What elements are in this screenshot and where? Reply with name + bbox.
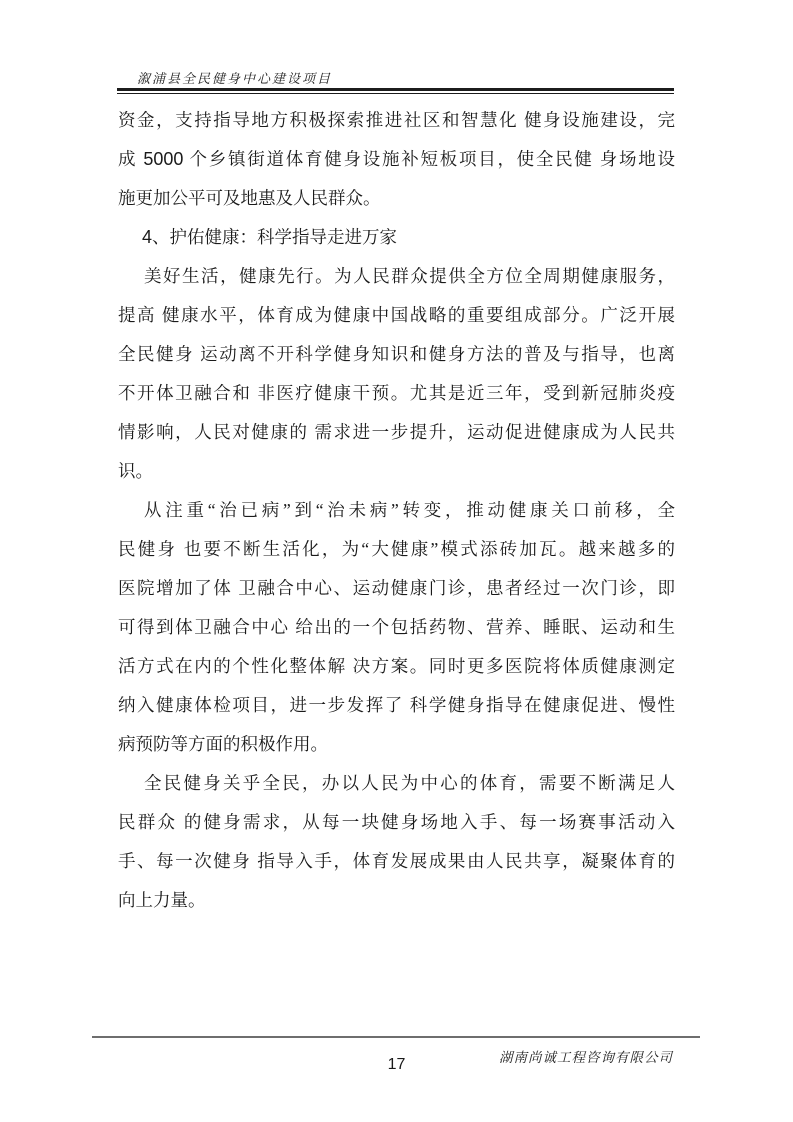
paragraph3-line5: 活方式在内的个性化整体解 决方案。同时更多医院将体质健康测定 — [118, 647, 675, 686]
paragraph4-line4: 向上力量。 — [118, 881, 675, 920]
document-body: 资金，支持指导地方积极探索推进社区和智慧化 健身设施建设，完 成 5000 个乡… — [118, 101, 675, 920]
paragraph3-line6: 纳入健康体检项目，进一步发挥了 科学健身指导在健康促进、慢性 — [118, 686, 675, 725]
header-project-title: 溆浦县全民健身中心建设项目 — [137, 68, 332, 87]
section-heading-4: 4、护佑健康：科学指导走进万家 — [118, 218, 675, 257]
paragraph2-line1: 美好生活，健康先行。为人民群众提供全方位全周期健康服务， — [118, 257, 675, 296]
footer-rule — [92, 1036, 700, 1038]
document-page: 溆浦县全民健身中心建设项目 资金，支持指导地方积极探索推进社区和智慧化 健身设施… — [0, 0, 793, 1122]
paragraph3-line1: 从注重“治已病”到“治未病”转变，推动健康关口前移，全 — [118, 491, 675, 530]
paragraph2-line6: 识。 — [118, 452, 675, 491]
figure-5000: 5000 — [143, 149, 183, 169]
paragraph2-line3: 全民健身 运动离不开科学健身知识和健身方法的普及与指导，也离 — [118, 335, 675, 374]
heading-number: 4 — [142, 227, 152, 247]
paragraph4-line3: 手、每一次健身 指导入手，体育发展成果由人民共享，凝聚体育的 — [118, 842, 675, 881]
paragraph3-line4: 可得到体卫融合中心 给出的一个包括药物、营养、睡眠、运动和生 — [118, 608, 675, 647]
paragraph1-line2-post: 个乡镇街道体育健身设施补短板项目，使全民健 身场地设 — [183, 149, 675, 169]
paragraph3-line7: 病预防等方面的积极作用。 — [118, 725, 675, 764]
page-number: 17 — [0, 1056, 793, 1074]
header-rule-thin-line — [117, 93, 674, 95]
paragraph2-line2: 提高 健康水平，体育成为健康中国战略的重要组成部分。广泛开展 — [118, 296, 675, 335]
paragraph4-line2: 民群众 的健身需求，从每一块健身场地入手、每一场赛事活动入 — [118, 803, 675, 842]
paragraph1-line2-pre: 成 — [118, 149, 143, 169]
heading-title: 、护佑健康：科学指导走进万家 — [152, 227, 397, 247]
paragraph3-line3: 医院增加了体 卫融合中心、运动健康门诊，患者经过一次门诊，即 — [118, 569, 675, 608]
paragraph4-line1: 全民健身关乎全民，办以人民为中心的体育，需要不断满足人 — [118, 764, 675, 803]
paragraph1-line3: 施更加公平可及地惠及人民群众。 — [118, 179, 675, 218]
paragraph3-line2: 民健身 也要不断生活化，为“大健康”模式添砖加瓦。越来越多的 — [118, 530, 675, 569]
header-double-rule — [117, 88, 674, 94]
paragraph1-line1: 资金，支持指导地方积极探索推进社区和智慧化 健身设施建设，完 — [118, 101, 675, 140]
paragraph1-line2: 成 5000 个乡镇街道体育健身设施补短板项目，使全民健 身场地设 — [118, 140, 675, 179]
paragraph2-line5: 情影响，人民对健康的 需求进一步提升，运动促进健康成为人民共 — [118, 413, 675, 452]
paragraph2-line4: 不开体卫融合和 非医疗健康干预。尤其是近三年，受到新冠肺炎疫 — [118, 374, 675, 413]
